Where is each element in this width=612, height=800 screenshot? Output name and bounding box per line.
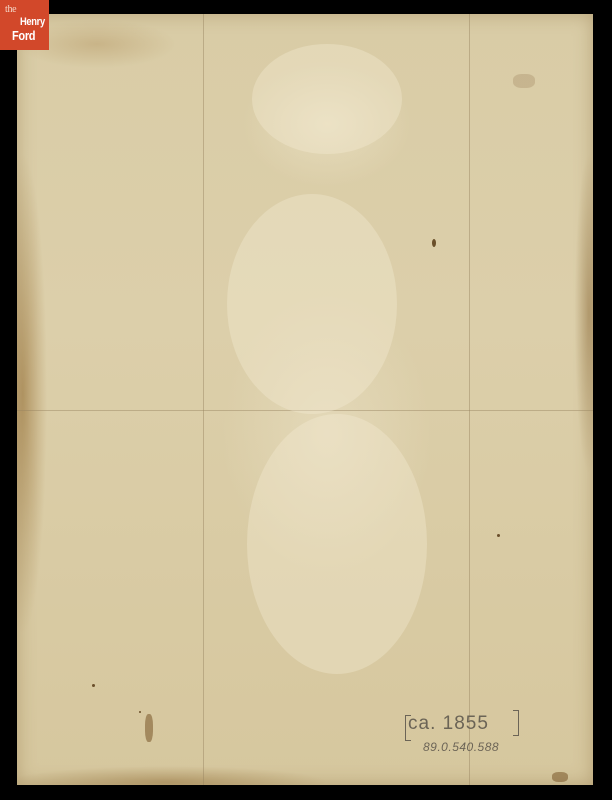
document-sheet bbox=[17, 14, 593, 785]
ink-speck bbox=[139, 711, 141, 713]
viewer-stage: the Henry Ford ca. 1855 89.0.540.588 bbox=[0, 0, 612, 800]
show-through-body bbox=[227, 194, 397, 414]
stain-mark bbox=[145, 714, 153, 742]
annotation-bracket-right bbox=[513, 710, 519, 736]
logo-the-text: the bbox=[5, 4, 16, 15]
ink-speck bbox=[497, 534, 500, 537]
show-through-head bbox=[252, 44, 402, 154]
stain-mark bbox=[513, 74, 535, 88]
ink-speck bbox=[432, 239, 436, 247]
show-through-lower bbox=[247, 414, 427, 674]
ink-speck bbox=[92, 684, 95, 687]
the-henry-ford-logo: the Henry Ford bbox=[0, 0, 49, 50]
logo-henry-text: Henry bbox=[20, 16, 45, 28]
accession-number: 89.0.540.588 bbox=[423, 740, 499, 754]
vertical-fold-right bbox=[469, 14, 470, 785]
vertical-fold-left bbox=[203, 14, 204, 785]
date-annotation: ca. 1855 bbox=[408, 713, 489, 735]
logo-ford-text: Ford bbox=[12, 28, 35, 43]
stain-mark bbox=[552, 772, 568, 782]
